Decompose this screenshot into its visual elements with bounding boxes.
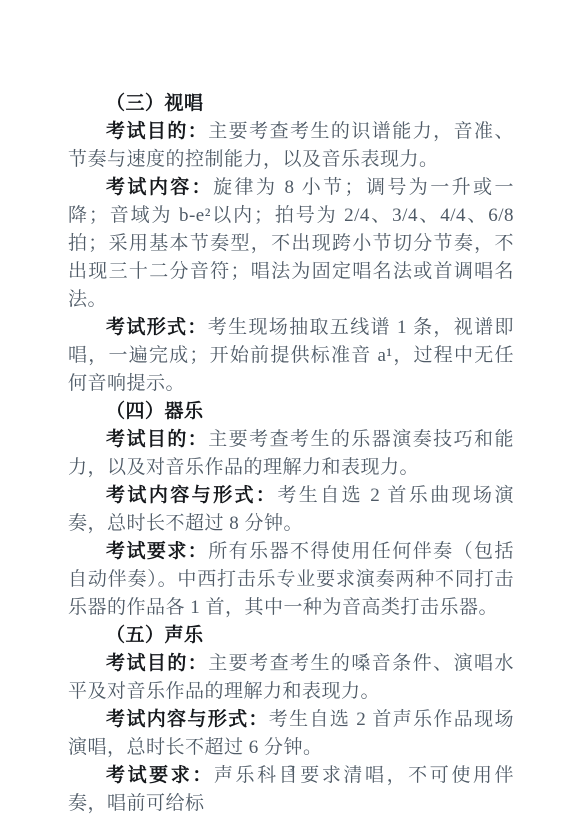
paragraph-exam-purpose: 考试目的：主要考查考生的乐器演奏技巧和能力，以及对音乐作品的理解力和表现力。 bbox=[68, 426, 514, 482]
section-heading-sightsinging: （三）视唱 bbox=[68, 90, 514, 118]
paragraph-label: 考试形式： bbox=[106, 317, 208, 338]
paragraph-exam-purpose: 考试目的：主要考查考生的嗓音条件、演唱水平及对音乐作品的理解力和表现力。 bbox=[68, 650, 514, 706]
paragraph-exam-content-format: 考试内容与形式：考生自选 2 首乐曲现场演奏，总时长不超过 8 分钟。 bbox=[68, 482, 514, 538]
paragraph-label: 考试内容与形式： bbox=[106, 485, 277, 506]
section-heading-instrumental: （四）器乐 bbox=[68, 398, 514, 426]
paragraph-label: 考试内容： bbox=[106, 177, 213, 198]
paragraph-exam-content-format: 考试内容与形式：考生自选 2 首声乐作品现场演唱，总时长不超过 6 分钟。 bbox=[68, 706, 514, 762]
paragraph-label: 考试目的： bbox=[106, 429, 208, 450]
paragraph-label: 考试内容与形式： bbox=[106, 709, 269, 730]
paragraph-label: 考试目的： bbox=[106, 121, 208, 142]
paragraph-exam-requirements: 考试要求：所有乐器不得使用任何伴奏（包括自动伴奏）。中西打击乐专业要求演奏两种不… bbox=[68, 538, 514, 622]
section-heading-vocal: （五）声乐 bbox=[68, 622, 514, 650]
paragraph-label: 考试要求： bbox=[106, 541, 208, 562]
paragraph-exam-purpose: 考试目的：主要考查考生的识谱能力，音准、节奏与速度的控制能力，以及音乐表现力。 bbox=[68, 118, 514, 174]
paragraph-label: 考试目的： bbox=[106, 653, 208, 674]
document-page: （三）视唱 考试目的：主要考查考生的识谱能力，音准、节奏与速度的控制能力，以及音… bbox=[0, 0, 582, 822]
document-content: （三）视唱 考试目的：主要考查考生的识谱能力，音准、节奏与速度的控制能力，以及音… bbox=[68, 90, 514, 818]
page-number: 3 bbox=[0, 763, 582, 780]
paragraph-exam-format: 考试形式：考生现场抽取五线谱 1 条，视谱即唱，一遍完成；开始前提供标准音 a¹… bbox=[68, 314, 514, 398]
paragraph-exam-content: 考试内容：旋律为 8 小节；调号为一升或一降；音域为 b-e²以内；拍号为 2/… bbox=[68, 174, 514, 314]
